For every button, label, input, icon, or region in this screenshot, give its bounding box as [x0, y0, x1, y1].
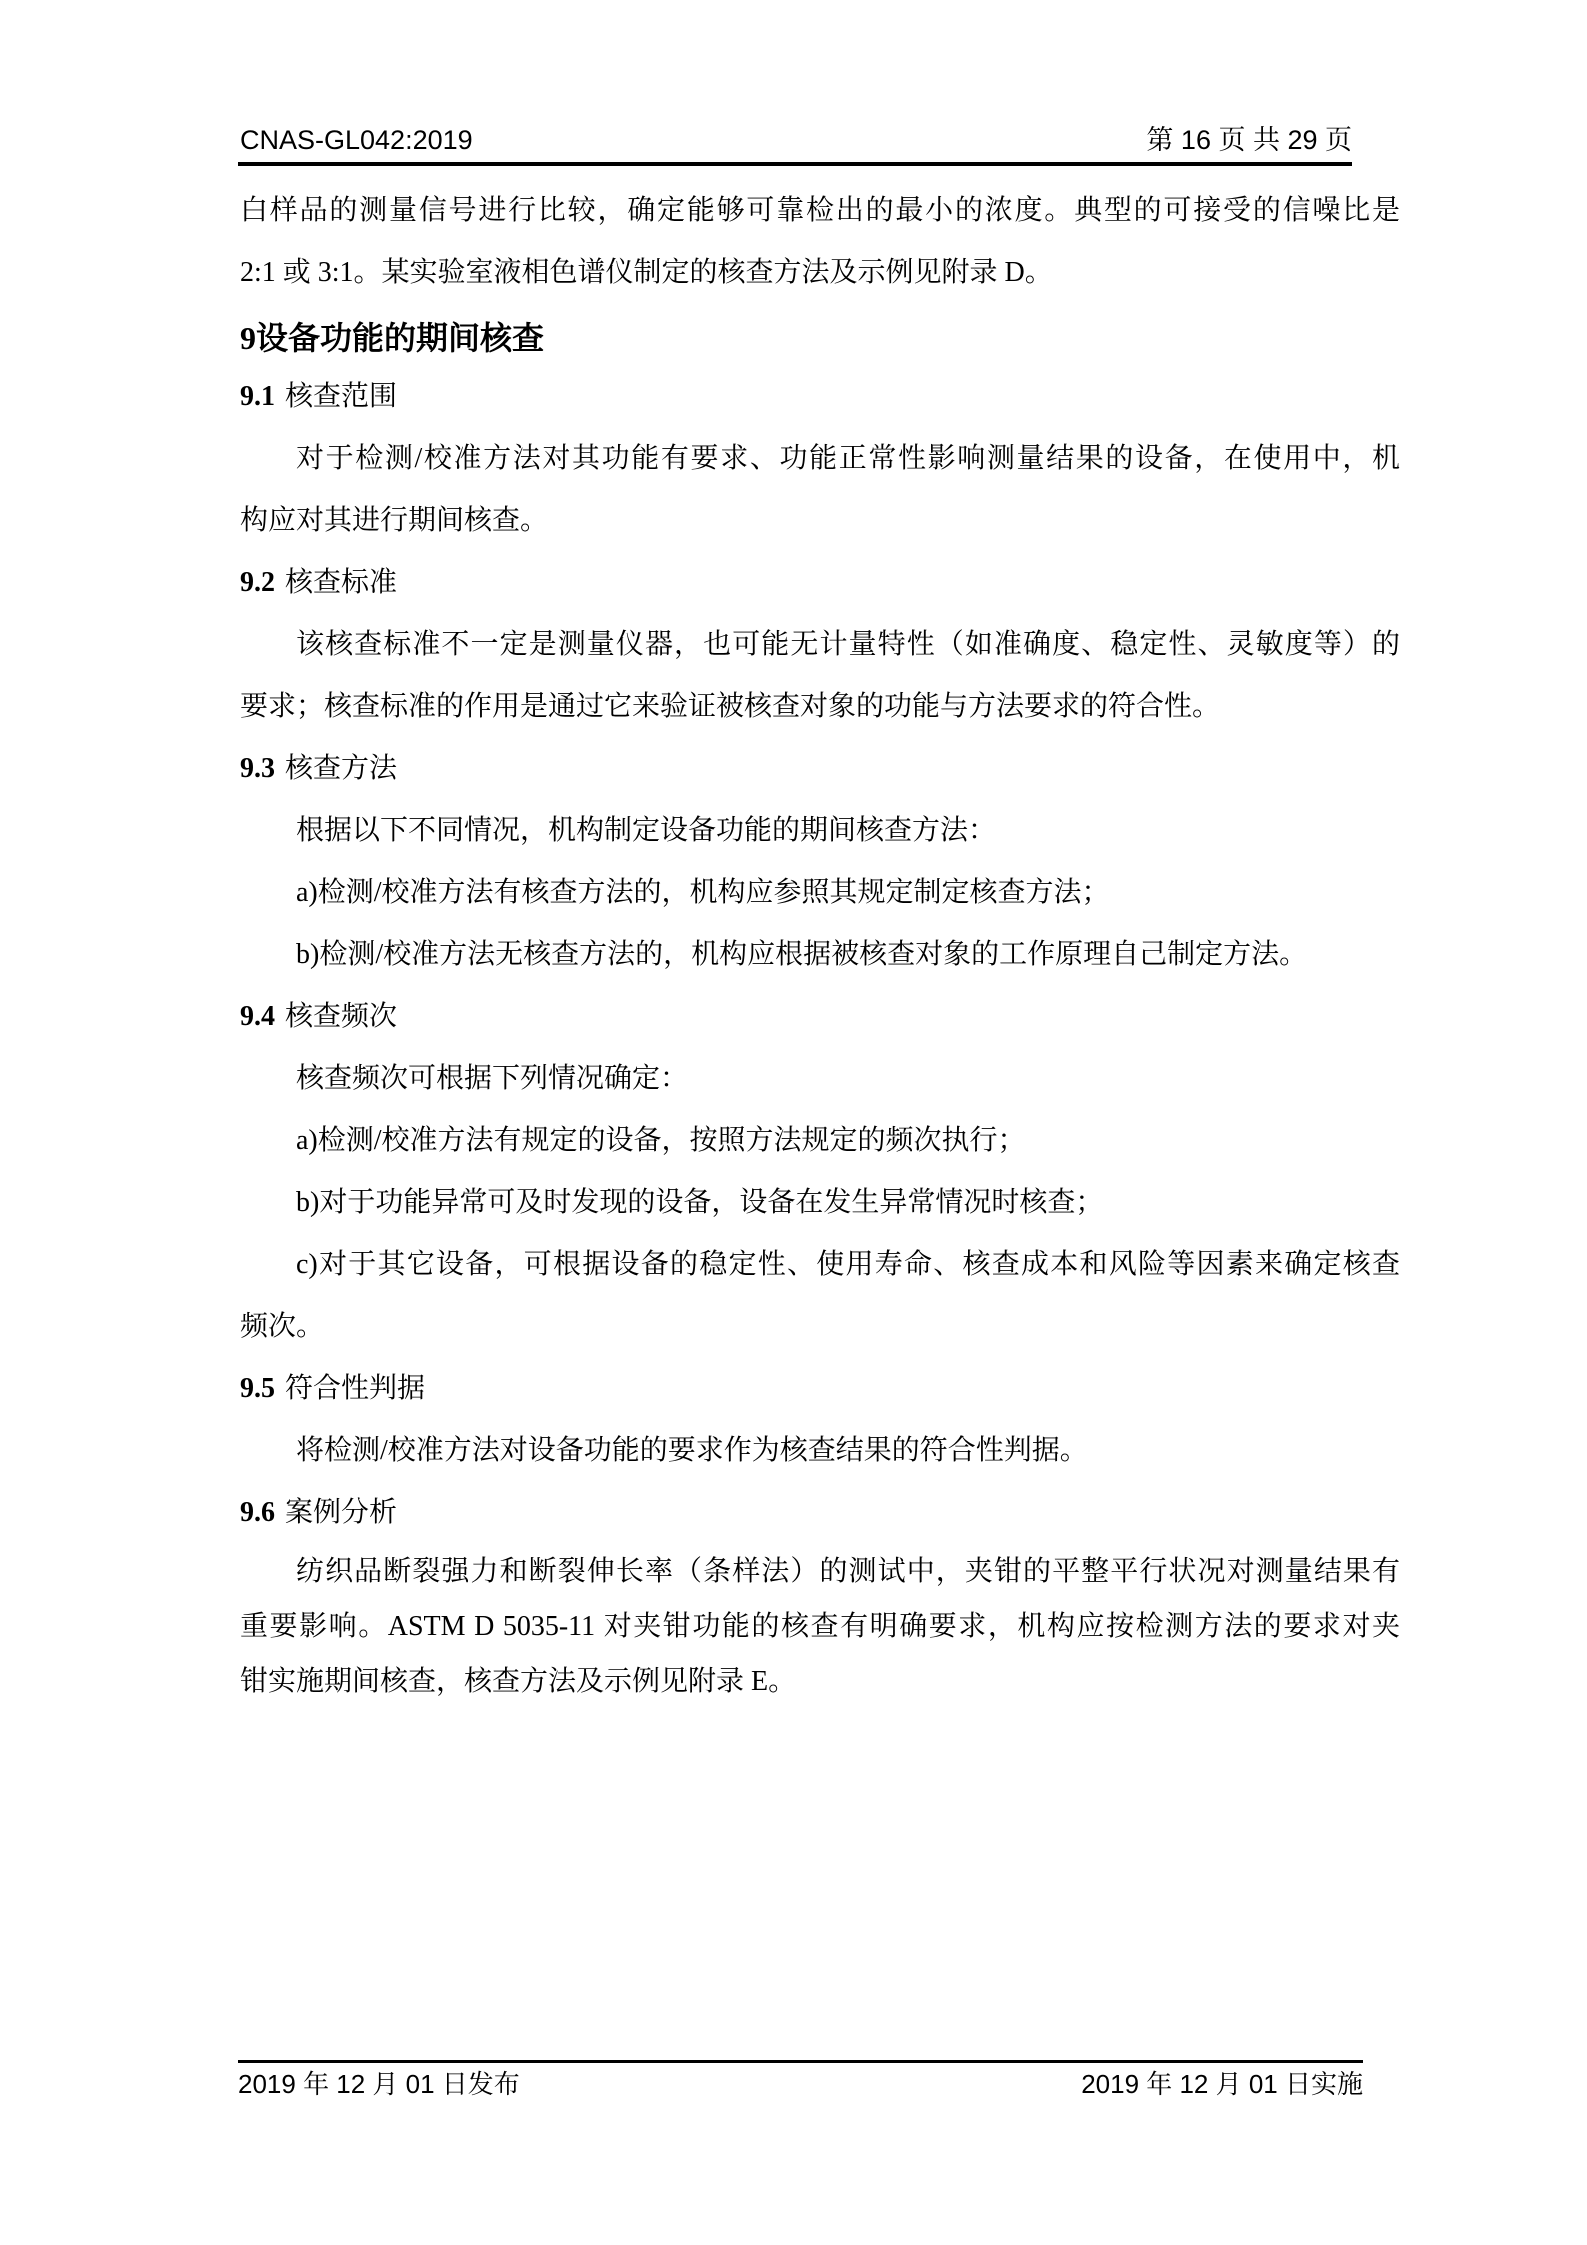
paragraph-line: 2:1 或 3:1。某实验室液相色谱仪制定的核查方法及示例见附录 D。	[240, 242, 1400, 304]
section-heading-9-1: 9.1核查范围	[240, 366, 1400, 428]
document-body: 白样品的测量信号进行比较，确定能够可靠检出的最小的浓度。典型的可接受的信噪比是 …	[240, 180, 1400, 1709]
section-number: 9.2	[240, 567, 275, 598]
paragraph-line: 要求；核查标准的作用是通过它来验证被核查对象的功能与方法要求的符合性。	[240, 676, 1400, 738]
implement-date: 2019 年 12 月 01 日实施	[1081, 2068, 1363, 2100]
list-item-b: b)对于功能异常可及时发现的设备，设备在发生异常情况时核查；	[240, 1172, 1400, 1234]
section-heading-9-2: 9.2核查标准	[240, 552, 1400, 614]
section-title: 核查方法	[285, 753, 397, 784]
chapter-heading: 9设备功能的期间核查	[240, 310, 1400, 366]
paragraph-line: 构应对其进行期间核查。	[240, 490, 1400, 552]
paragraph-line: 白样品的测量信号进行比较，确定能够可靠检出的最小的浓度。典型的可接受的信噪比是	[240, 180, 1400, 242]
section-number: 9.6	[240, 1497, 275, 1528]
section-title: 核查范围	[285, 381, 397, 412]
page-number: 第 16 页 共 29 页	[1146, 124, 1352, 156]
section-number: 9.1	[240, 381, 275, 412]
section-number: 9.4	[240, 1001, 275, 1032]
release-date: 2019 年 12 月 01 日发布	[238, 2068, 520, 2100]
page-header: CNAS-GL042:2019 第 16 页 共 29 页	[240, 124, 1352, 156]
section-title: 符合性判据	[285, 1373, 425, 1404]
paragraph-line: 纺织品断裂强力和断裂伸长率（条样法）的测试中，夹钳的平整平行状况对测量结果有	[240, 1544, 1400, 1599]
document-page: CNAS-GL042:2019 第 16 页 共 29 页 白样品的测量信号进行…	[0, 0, 1587, 2245]
doc-code: CNAS-GL042:2019	[240, 124, 473, 156]
paragraph-line: 根据以下不同情况，机构制定设备功能的期间核查方法：	[240, 800, 1400, 862]
list-item-b: b)检测/校准方法无核查方法的，机构应根据被核查对象的工作原理自己制定方法。	[240, 924, 1400, 986]
paragraph-line: 钳实施期间核查，核查方法及示例见附录 E。	[240, 1654, 1400, 1709]
list-item-a: a)检测/校准方法有规定的设备，按照方法规定的频次执行；	[240, 1110, 1400, 1172]
section-title: 核查频次	[285, 1001, 397, 1032]
section-number: 9.5	[240, 1373, 275, 1404]
section-title: 核查标准	[285, 567, 397, 598]
page-footer: 2019 年 12 月 01 日发布 2019 年 12 月 01 日实施	[238, 2068, 1363, 2100]
section-heading-9-6: 9.6案例分析	[240, 1482, 1400, 1544]
section-title: 案例分析	[285, 1497, 397, 1528]
paragraph-line: 重要影响。ASTM D 5035-11 对夹钳功能的核查有明确要求，机构应按检测…	[240, 1599, 1400, 1654]
paragraph-line: 对于检测/校准方法对其功能有要求、功能正常性影响测量结果的设备，在使用中，机	[240, 428, 1400, 490]
list-item-c-continuation: 频次。	[240, 1296, 1400, 1358]
section-number: 9.3	[240, 753, 275, 784]
paragraph-line: 将检测/校准方法对设备功能的要求作为核查结果的符合性判据。	[240, 1420, 1400, 1482]
section-heading-9-5: 9.5符合性判据	[240, 1358, 1400, 1420]
section-heading-9-3: 9.3核查方法	[240, 738, 1400, 800]
paragraph-line: 该核查标准不一定是测量仪器，也可能无计量特性（如准确度、稳定性、灵敏度等）的	[240, 614, 1400, 676]
header-rule	[238, 162, 1352, 166]
list-item-a: a)检测/校准方法有核查方法的，机构应参照其规定制定核查方法；	[240, 862, 1400, 924]
paragraph-line: 核查频次可根据下列情况确定：	[240, 1048, 1400, 1110]
list-item-c: c)对于其它设备，可根据设备的稳定性、使用寿命、核查成本和风险等因素来确定核查	[240, 1234, 1400, 1296]
footer-rule	[238, 2060, 1363, 2063]
section-heading-9-4: 9.4核查频次	[240, 986, 1400, 1048]
